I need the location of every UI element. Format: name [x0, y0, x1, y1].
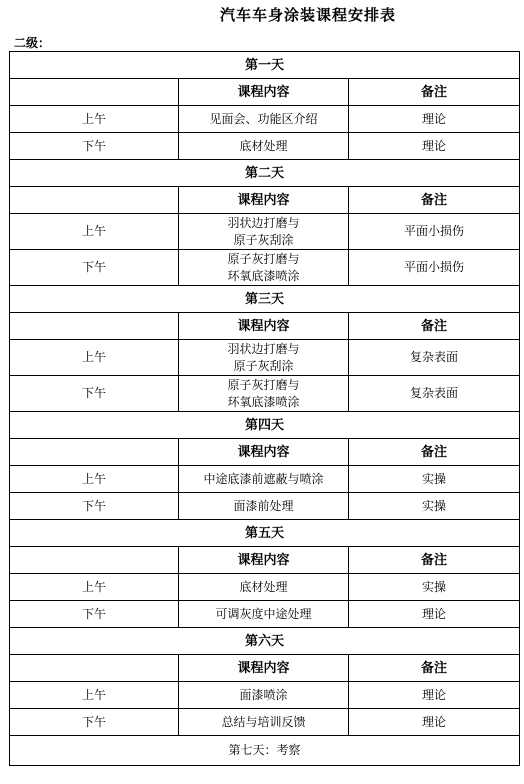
day-label: 第六天 [10, 628, 520, 655]
content-line: 中途底漆前遮蔽与喷涂 [179, 471, 348, 488]
note-column-header: 备注 [349, 547, 520, 574]
note-cell: 理论 [349, 601, 520, 628]
time-column-header [10, 79, 179, 106]
time-column-header [10, 655, 179, 682]
day-label: 第四天 [10, 412, 520, 439]
time-cell: 上午 [10, 574, 179, 601]
column-header-row: 课程内容备注 [10, 313, 520, 340]
day-label: 第二天 [10, 160, 520, 187]
note-column-header: 备注 [349, 79, 520, 106]
content-line: 总结与培训反馈 [179, 714, 348, 731]
content-column-header: 课程内容 [179, 439, 349, 466]
table-row: 下午原子灰打磨与环氧底漆喷涂复杂表面 [10, 376, 520, 412]
content-cell: 羽状边打磨与原子灰刮涂 [179, 214, 349, 250]
content-cell: 面漆喷涂 [179, 682, 349, 709]
content-line: 原子灰刮涂 [179, 232, 348, 249]
day-header-row: 第六天 [10, 628, 520, 655]
table-row: 下午可调灰度中途处理理论 [10, 601, 520, 628]
content-cell: 原子灰打磨与环氧底漆喷涂 [179, 376, 349, 412]
content-cell: 可调灰度中途处理 [179, 601, 349, 628]
content-line: 见面会、功能区介绍 [179, 111, 348, 128]
day-label: 第三天 [10, 286, 520, 313]
final-day-row: 第七天：考察 [10, 736, 520, 766]
time-cell: 上午 [10, 340, 179, 376]
content-line: 环氧底漆喷涂 [179, 268, 348, 285]
note-column-header: 备注 [349, 655, 520, 682]
content-line: 原子灰刮涂 [179, 358, 348, 375]
content-column-header: 课程内容 [179, 187, 349, 214]
day-header-row: 第五天 [10, 520, 520, 547]
table-row: 上午羽状边打磨与原子灰刮涂平面小损伤 [10, 214, 520, 250]
content-cell: 底材处理 [179, 133, 349, 160]
note-cell: 实操 [349, 466, 520, 493]
content-line: 原子灰打磨与 [179, 377, 348, 394]
note-cell: 理论 [349, 133, 520, 160]
content-line: 羽状边打磨与 [179, 215, 348, 232]
day-header-row: 第四天 [10, 412, 520, 439]
document-title: 汽车车身涂装课程安排表 [0, 4, 524, 25]
day-header-row: 第三天 [10, 286, 520, 313]
time-cell: 下午 [10, 250, 179, 286]
content-line: 可调灰度中途处理 [179, 606, 348, 623]
table-row: 下午原子灰打磨与环氧底漆喷涂平面小损伤 [10, 250, 520, 286]
content-column-header: 课程内容 [179, 79, 349, 106]
day-label: 第五天 [10, 520, 520, 547]
table-row: 上午羽状边打磨与原子灰刮涂复杂表面 [10, 340, 520, 376]
level-label: 二级： [14, 34, 50, 51]
note-column-header: 备注 [349, 187, 520, 214]
time-cell: 下午 [10, 376, 179, 412]
note-cell: 理论 [349, 682, 520, 709]
content-column-header: 课程内容 [179, 313, 349, 340]
time-cell: 上午 [10, 682, 179, 709]
column-header-row: 课程内容备注 [10, 547, 520, 574]
note-column-header: 备注 [349, 439, 520, 466]
table-row: 上午见面会、功能区介绍理论 [10, 106, 520, 133]
column-header-row: 课程内容备注 [10, 655, 520, 682]
time-column-header [10, 439, 179, 466]
note-cell: 实操 [349, 574, 520, 601]
time-cell: 下午 [10, 601, 179, 628]
content-column-header: 课程内容 [179, 547, 349, 574]
content-line: 面漆喷涂 [179, 687, 348, 704]
content-cell: 底材处理 [179, 574, 349, 601]
time-column-header [10, 187, 179, 214]
column-header-row: 课程内容备注 [10, 439, 520, 466]
note-cell: 理论 [349, 709, 520, 736]
time-cell: 下午 [10, 709, 179, 736]
content-line: 底材处理 [179, 579, 348, 596]
note-cell: 平面小损伤 [349, 214, 520, 250]
content-cell: 中途底漆前遮蔽与喷涂 [179, 466, 349, 493]
time-cell: 下午 [10, 493, 179, 520]
time-cell: 上午 [10, 106, 179, 133]
day-header-row: 第二天 [10, 160, 520, 187]
content-line: 原子灰打磨与 [179, 251, 348, 268]
content-line: 环氧底漆喷涂 [179, 394, 348, 411]
table-row: 上午面漆喷涂理论 [10, 682, 520, 709]
time-cell: 上午 [10, 466, 179, 493]
column-header-row: 课程内容备注 [10, 187, 520, 214]
content-column-header: 课程内容 [179, 655, 349, 682]
note-cell: 复杂表面 [349, 340, 520, 376]
content-line: 面漆前处理 [179, 498, 348, 515]
content-cell: 见面会、功能区介绍 [179, 106, 349, 133]
table-row: 下午面漆前处理实操 [10, 493, 520, 520]
final-day-label: 第七天：考察 [10, 736, 520, 766]
course-schedule-table: 第一天课程内容备注上午见面会、功能区介绍理论下午底材处理理论第二天课程内容备注上… [9, 51, 520, 766]
note-cell: 理论 [349, 106, 520, 133]
note-cell: 平面小损伤 [349, 250, 520, 286]
note-cell: 复杂表面 [349, 376, 520, 412]
table-row: 上午底材处理实操 [10, 574, 520, 601]
content-line: 底材处理 [179, 138, 348, 155]
day-header-row: 第一天 [10, 52, 520, 79]
content-line: 羽状边打磨与 [179, 341, 348, 358]
table-row: 下午底材处理理论 [10, 133, 520, 160]
day-label: 第一天 [10, 52, 520, 79]
time-column-header [10, 313, 179, 340]
time-cell: 上午 [10, 214, 179, 250]
table-row: 下午总结与培训反馈理论 [10, 709, 520, 736]
content-cell: 原子灰打磨与环氧底漆喷涂 [179, 250, 349, 286]
content-cell: 总结与培训反馈 [179, 709, 349, 736]
time-column-header [10, 547, 179, 574]
content-cell: 面漆前处理 [179, 493, 349, 520]
content-cell: 羽状边打磨与原子灰刮涂 [179, 340, 349, 376]
table-row: 上午中途底漆前遮蔽与喷涂实操 [10, 466, 520, 493]
column-header-row: 课程内容备注 [10, 79, 520, 106]
note-column-header: 备注 [349, 313, 520, 340]
time-cell: 下午 [10, 133, 179, 160]
note-cell: 实操 [349, 493, 520, 520]
